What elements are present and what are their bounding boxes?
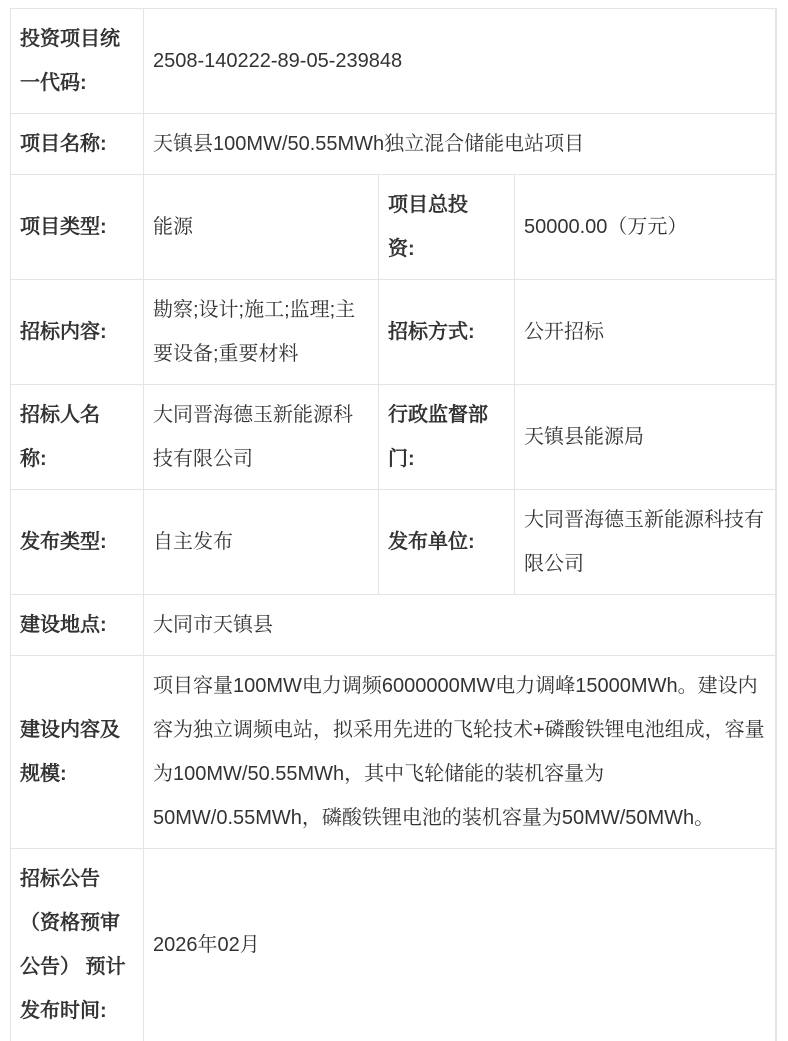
value-bidder-name: 大同晋海德玉新能源科技有限公司	[144, 385, 379, 490]
value-supervising-department: 天镇县能源局	[515, 385, 776, 490]
label-construction-location: 建设地点:	[11, 595, 144, 656]
row-construction-content: 建设内容及 规模: 项目容量100MW电力调频6000000MW电力调峰1500…	[11, 656, 776, 849]
value-total-investment: 50000.00（万元）	[515, 175, 776, 280]
row-bidder-supervisor: 招标人名 称: 大同晋海德玉新能源科技有限公司 行政监督部 门: 天镇县能源局	[11, 385, 776, 490]
value-bidding-content: 勘察;设计;施工;监理;主要设备;重要材料	[144, 280, 379, 385]
value-bidding-method: 公开招标	[515, 280, 776, 385]
label-total-investment: 项目总投 资:	[379, 175, 515, 280]
label-bidding-content: 招标内容:	[11, 280, 144, 385]
row-publish-type-unit: 发布类型: 自主发布 发布单位: 大同晋海德玉新能源科技有限公司	[11, 490, 776, 595]
label-publish-unit: 发布单位:	[379, 490, 515, 595]
label-unified-project-code: 投资项目统 一代码:	[11, 9, 144, 114]
label-supervising-department: 行政监督部 门:	[379, 385, 515, 490]
value-publish-type: 自主发布	[144, 490, 379, 595]
label-bidding-method: 招标方式:	[379, 280, 515, 385]
project-info-table: 投资项目统 一代码: 2508-140222-89-05-239848 项目名称…	[10, 8, 777, 1041]
label-bidder-name: 招标人名 称:	[11, 385, 144, 490]
value-construction-location: 大同市天镇县	[144, 595, 776, 656]
row-construction-location: 建设地点: 大同市天镇县	[11, 595, 776, 656]
label-project-name: 项目名称:	[11, 114, 144, 175]
value-construction-content: 项目容量100MW电力调频6000000MW电力调峰15000MWh。建设内容为…	[144, 656, 776, 849]
row-announcement-time: 招标公告 （资格预审 公告） 预计 发布时间: 2026年02月	[11, 849, 776, 1041]
label-construction-content: 建设内容及 规模:	[11, 656, 144, 849]
row-bidding-content-method: 招标内容: 勘察;设计;施工;监理;主要设备;重要材料 招标方式: 公开招标	[11, 280, 776, 385]
value-unified-project-code: 2508-140222-89-05-239848	[144, 9, 776, 114]
row-project-name: 项目名称: 天镇县100MW/50.55MWh独立混合储能电站项目	[11, 114, 776, 175]
row-project-type-investment: 项目类型: 能源 项目总投 资: 50000.00（万元）	[11, 175, 776, 280]
value-project-type: 能源	[144, 175, 379, 280]
label-announcement-time: 招标公告 （资格预审 公告） 预计 发布时间:	[11, 849, 144, 1041]
value-announcement-time: 2026年02月	[144, 849, 776, 1041]
value-publish-unit: 大同晋海德玉新能源科技有限公司	[515, 490, 776, 595]
label-publish-type: 发布类型:	[11, 490, 144, 595]
label-project-type: 项目类型:	[11, 175, 144, 280]
row-unified-project-code: 投资项目统 一代码: 2508-140222-89-05-239848	[11, 9, 776, 114]
value-project-name: 天镇县100MW/50.55MWh独立混合储能电站项目	[144, 114, 776, 175]
